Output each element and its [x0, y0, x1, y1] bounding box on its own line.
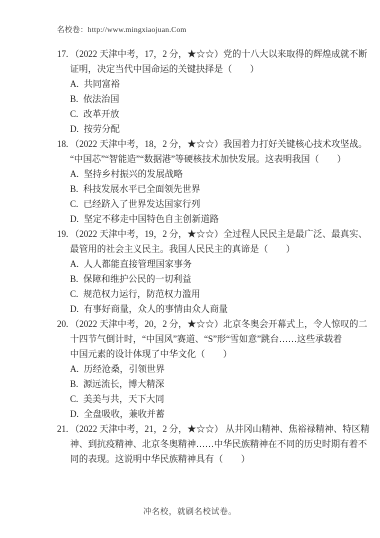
option-text: 历经沧桑，引领世界 [84, 364, 165, 374]
question-stem-text: （2022 天津中考，17，2 分，★☆☆）党的十八大以来取得的辉煌成就不断 [70, 49, 367, 59]
question-stem-line: “中国芯”“智能造”“数据港”等硬核技术加快发展。这表明我国（ ） [57, 152, 367, 167]
question-stem-line: 神、到抗疫精神、北京冬奥精神……中华民族精神在不同的历史时期有着不 [57, 437, 367, 452]
question-stem-text: （2022 天津中考，18，2 分，★☆☆）我国着力打好关键核心技术攻坚战。 [70, 139, 367, 149]
question-stem-line: 同的表现。这说明中华民族精神具有（ ） [57, 452, 367, 467]
answer-option-row: D.全盘吸收，兼收并蓄 [57, 407, 367, 422]
question-stem-line: 中国元素的设计体现了中华文化（ ） [57, 347, 367, 362]
question-number: 19. [57, 229, 68, 239]
option-text: 美美与共，天下大同 [83, 394, 164, 404]
answer-option-row: A.共同富裕 [57, 77, 367, 92]
answer-option-row: A.历经沧桑，引领世界 [57, 362, 367, 377]
option-label: A. [70, 364, 79, 374]
answer-option-row: C.已经跻入了世界发达国家行列 [57, 197, 367, 212]
question-item: 18.（2022 天津中考，18，2 分，★☆☆）我国着力打好关键核心技术攻坚战… [57, 137, 367, 227]
document-page: 名校卷：http://www.mingxiaojuan.Com 17.（2022… [0, 0, 380, 538]
question-stem-line: 十四节气倒计时，“中国风”赛道、“S”形“雪如意”跳台……这些承载着 [57, 332, 367, 347]
option-label: B. [70, 94, 78, 104]
question-stem-text: （2022 天津中考，20，2 分，★☆☆）北京冬奥会开幕式上，令人惊叹的二 [70, 319, 367, 329]
question-number: 17. [57, 49, 68, 59]
footer-slogan: 冲名校，就刷名校试卷。 [143, 507, 237, 516]
option-text: 保障和维护公民的一切利益 [83, 274, 191, 284]
question-stem-text: （2022 天津中考，19，2 分，★☆☆）全过程人民民主是最广泛、最真实、 [70, 229, 367, 239]
page-footer: 冲名校，就刷名校试卷。 [0, 506, 380, 517]
question-first-line: 17.（2022 天津中考，17，2 分，★☆☆）党的十八大以来取得的辉煌成就不… [57, 47, 367, 62]
option-label: D. [70, 409, 79, 419]
option-text: 科技发展水平已全面领先世界 [83, 184, 200, 194]
question-stem-line: 最管用的社会主义民主。我国人民民主的真谛是（ ） [57, 242, 367, 257]
question-list: 17.（2022 天津中考，17，2 分，★☆☆）党的十八大以来取得的辉煌成就不… [57, 47, 367, 467]
question-item: 20.（2022 天津中考，20，2 分，★☆☆）北京冬奥会开幕式上，令人惊叹的… [57, 317, 367, 422]
question-stem-text: 最管用的社会主义民主。我国人民民主的真谛是（ ） [70, 244, 295, 254]
option-text: 人人都能直接管理国家事务 [84, 259, 192, 269]
option-label: C. [70, 199, 78, 209]
answer-option-row: C.规范权力运行，防范权力滥用 [57, 287, 367, 302]
answer-option-row: D.按劳分配 [57, 122, 367, 137]
option-text: 共同富裕 [84, 79, 120, 89]
question-stem-text: 证明，决定当代中国命运的关键抉择是（ ） [70, 64, 259, 74]
option-label: B. [70, 274, 78, 284]
option-text: 依法治国 [83, 94, 119, 104]
question-stem-text: “中国芯”“智能造”“数据港”等硬核技术加快发展。这表明我国（ ） [70, 154, 346, 164]
option-label: C. [70, 394, 78, 404]
question-stem-text: 神、到抗疫精神、北京冬奥精神……中华民族精神在不同的历史时期有着不 [70, 439, 367, 449]
question-number: 20. [57, 319, 68, 329]
option-text: 有事好商量，众人的事情由众人商量 [84, 304, 228, 314]
question-item: 19.（2022 天津中考，19，2 分，★☆☆）全过程人民民主是最广泛、最真实… [57, 227, 367, 317]
question-stem-text: 中国元素的设计体现了中华文化（ ） [70, 349, 232, 359]
option-label: A. [70, 259, 79, 269]
answer-option-row: B.保障和维护公民的一切利益 [57, 272, 367, 287]
question-item: 17.（2022 天津中考，17，2 分，★☆☆）党的十八大以来取得的辉煌成就不… [57, 47, 367, 137]
option-label: D. [70, 304, 79, 314]
answer-option-row: B.科技发展水平已全面领先世界 [57, 182, 367, 197]
option-label: B. [70, 379, 78, 389]
option-text: 源远流长，博大精深 [83, 379, 164, 389]
question-number: 18. [57, 139, 68, 149]
answer-option-row: C.改革开放 [57, 107, 367, 122]
option-label: D. [70, 124, 79, 134]
option-label: A. [70, 79, 79, 89]
question-stem-text: 同的表现。这说明中华民族精神具有（ ） [70, 454, 250, 464]
question-item: 21.（2022 天津中考，21，2 分，★☆☆） 从井冈山精神、焦裕禄精神、特… [57, 422, 367, 467]
option-text: 坚定不移走中国特色自主创新道路 [84, 214, 219, 224]
option-label: C. [70, 289, 78, 299]
option-text: 改革开放 [83, 109, 119, 119]
question-stem-text: 十四节气倒计时，“中国风”赛道、“S”形“雪如意”跳台……这些承载着 [70, 334, 342, 344]
answer-option-row: B.依法治国 [57, 92, 367, 107]
question-stem-line: 证明，决定当代中国命运的关键抉择是（ ） [57, 62, 367, 77]
answer-option-row: B.源远流长，博大精深 [57, 377, 367, 392]
page-header: 名校卷：http://www.mingxiaojuan.Com [57, 24, 186, 35]
site-url-label: 名校卷：http://www.mingxiaojuan.Com [57, 25, 186, 34]
option-label: A. [70, 169, 79, 179]
question-first-line: 19.（2022 天津中考，19，2 分，★☆☆）全过程人民民主是最广泛、最真实… [57, 227, 367, 242]
answer-option-row: D.坚定不移走中国特色自主创新道路 [57, 212, 367, 227]
option-text: 按劳分配 [84, 124, 120, 134]
question-first-line: 18.（2022 天津中考，18，2 分，★☆☆）我国着力打好关键核心技术攻坚战… [57, 137, 367, 152]
option-label: C. [70, 109, 78, 119]
question-stem-text: （2022 天津中考，21，2 分，★☆☆） 从井冈山精神、焦裕禄精神、特区精 [70, 424, 369, 434]
option-label: B. [70, 184, 78, 194]
question-number: 21. [57, 424, 68, 434]
question-first-line: 21.（2022 天津中考，21，2 分，★☆☆） 从井冈山精神、焦裕禄精神、特… [57, 422, 367, 437]
answer-option-row: C.美美与共，天下大同 [57, 392, 367, 407]
answer-option-row: A.坚持乡村振兴的发展战略 [57, 167, 367, 182]
option-label: D. [70, 214, 79, 224]
option-text: 已经跻入了世界发达国家行列 [83, 199, 200, 209]
answer-option-row: D.有事好商量，众人的事情由众人商量 [57, 302, 367, 317]
question-first-line: 20.（2022 天津中考，20，2 分，★☆☆）北京冬奥会开幕式上，令人惊叹的… [57, 317, 367, 332]
option-text: 坚持乡村振兴的发展战略 [84, 169, 183, 179]
option-text: 全盘吸收，兼收并蓄 [84, 409, 165, 419]
option-text: 规范权力运行，防范权力滥用 [83, 289, 200, 299]
answer-option-row: A.人人都能直接管理国家事务 [57, 257, 367, 272]
